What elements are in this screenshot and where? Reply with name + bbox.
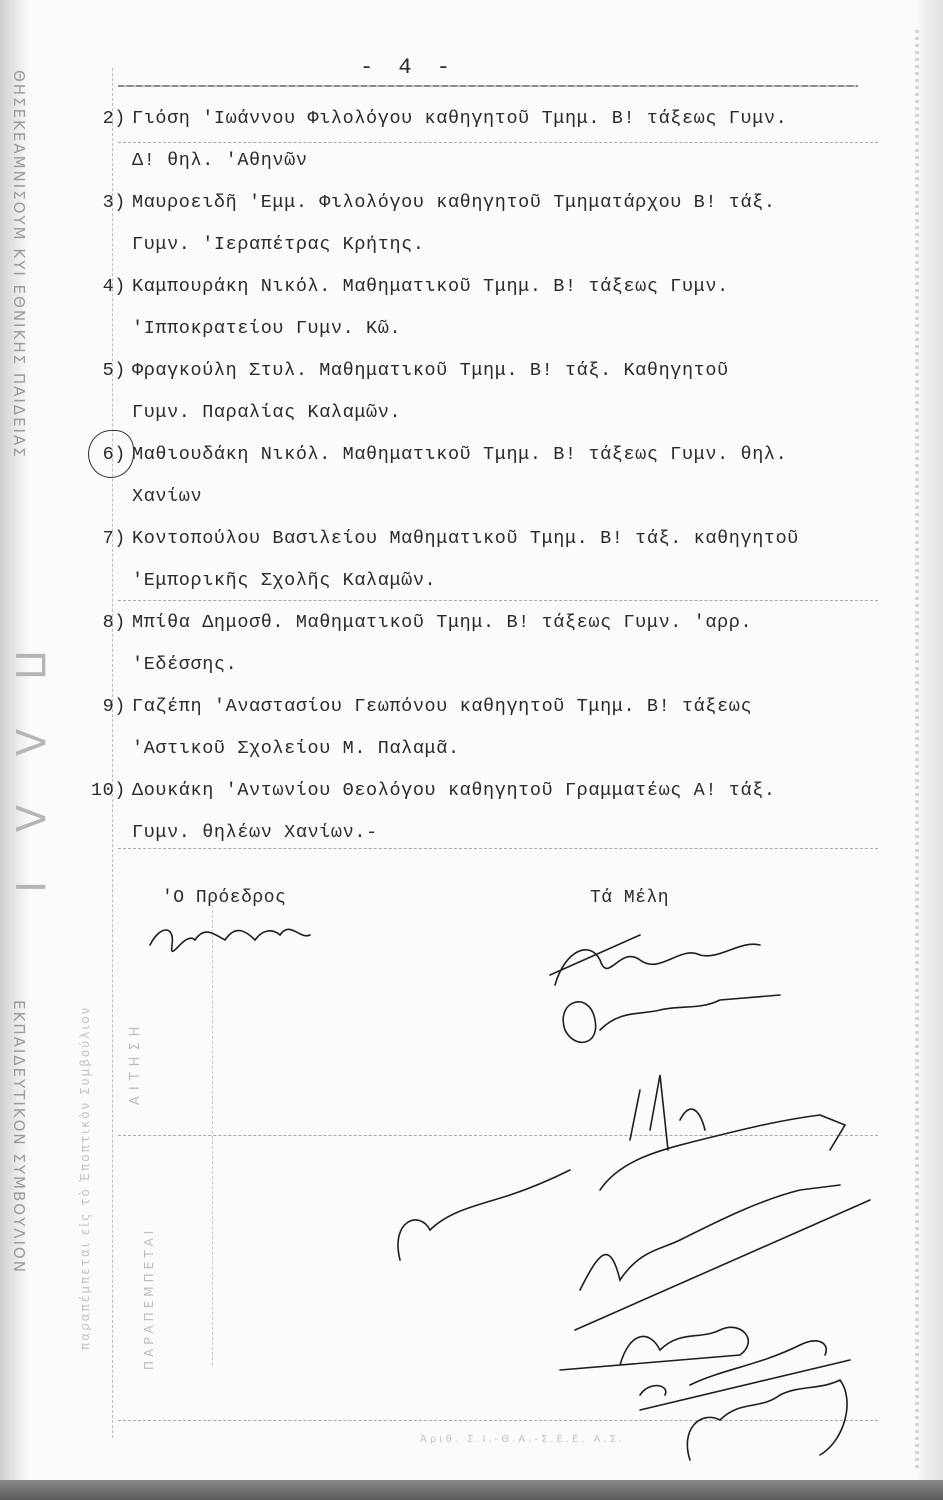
signatures-drawing [0,0,943,1500]
printer-mark: Ἀριθ. Σ.Ι.-Θ.Α.-Σ.Ε.Ε. Α.Σ. [420,1434,625,1445]
chair-signature-stroke [150,929,310,951]
